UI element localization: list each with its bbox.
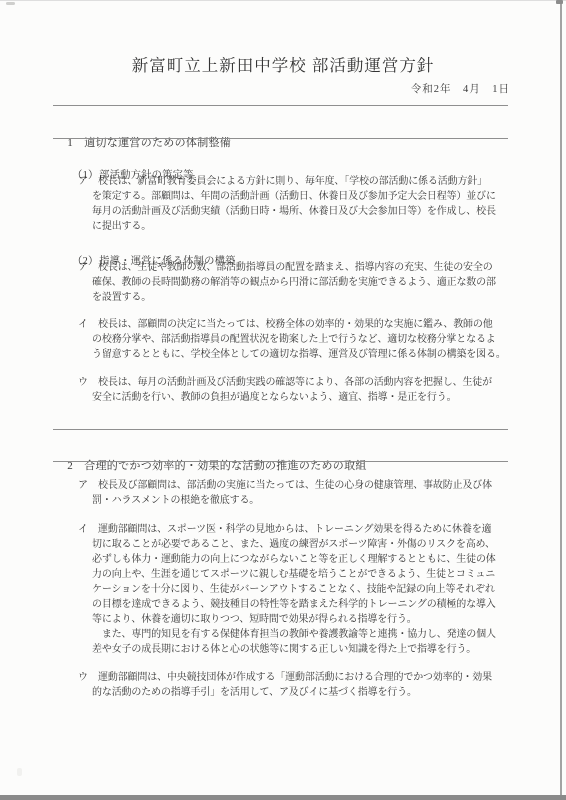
scan-edge-top: [0, 0, 566, 1]
paragraph-2-a-text: 校長及び部顧問は、部活動の実施に当たっては、生徒の心身の健康管理、事故防止及び体…: [92, 478, 492, 509]
paragraph-1-2-u-text: 校長は、毎月の活動計画及び活動実践の確認等により、各部の活動内容を把握し、生徒が…: [92, 375, 492, 405]
paragraph-2-a-marker: ア: [78, 478, 92, 493]
paragraph-2-i: イ 運動部顧問は、スポーツ医・科学の見地からは、トレーニング効果を得るために休養…: [78, 522, 496, 657]
section-2-underline: [53, 461, 508, 462]
document-date: 令和2年 4月 1日: [411, 81, 510, 96]
scan-speck-top-right: [556, 0, 563, 4]
divider-above-section-1: [53, 105, 508, 106]
paragraph-1-2-i: イ 校長は、部顧問の決定に当たっては、校務全体の効率的・効果的な実施に鑑み、教師…: [78, 317, 506, 362]
scan-edge-right: [560, 0, 562, 800]
scan-speck-bottom-left: [17, 768, 22, 776]
paragraph-1-2-u-marker: ウ: [78, 375, 92, 390]
section-1-underline: [53, 138, 508, 139]
paragraph-2-u-marker: ウ: [78, 670, 92, 685]
scanned-document-page: 新富町立上新田中学校 部活動運営方針 令和2年 4月 1日 1適切な運営のための…: [0, 0, 566, 800]
paragraph-1-1-a-marker: ア: [78, 174, 92, 189]
paragraph-2-i-marker: イ: [78, 522, 92, 537]
paragraph-2-a: ア 校長及び部顧問は、部活動の実施に当たっては、生徒の心身の健康管理、事故防止及…: [78, 478, 492, 509]
paragraph-1-2-a-text: 校長は、生徒や教師の数、部活動指導員の配置を踏まえ、指導内容の充実、生徒の安全の…: [92, 260, 496, 305]
paragraph-1-2-i-text: 校長は、部顧問の決定に当たっては、校務全体の効率的・効果的な実施に鑑み、教師の他…: [92, 317, 506, 362]
paragraph-1-1-a-text: 校長は、新富町教育委員会による方針に則り、毎年度、「学校の部活動に係る活動方針」…: [92, 174, 496, 234]
paragraph-1-2-a-marker: ア: [78, 260, 92, 275]
scan-speck-top-left: [6, 2, 15, 5]
paragraph-1-2-a: ア 校長は、生徒や教師の数、部活動指導員の配置を踏まえ、指導内容の充実、生徒の安…: [78, 260, 496, 305]
scan-edge-bottom: [0, 795, 566, 800]
paragraph-1-2-i-marker: イ: [78, 317, 92, 332]
paragraph-2-i-text: 運動部顧問は、スポーツ医・科学の見地からは、トレーニング効果を得るために休養を適…: [92, 522, 496, 657]
paragraph-2-u: ウ 運動部顧問は、中央競技団体が作成する「運動部活動における合理的でかつ効率的・…: [78, 670, 492, 701]
divider-above-section-2: [53, 429, 508, 430]
paragraph-1-1-a: ア 校長は、新富町教育委員会による方針に則り、毎年度、「学校の部活動に係る活動方…: [78, 174, 496, 234]
paragraph-2-u-text: 運動部顧問は、中央競技団体が作成する「運動部活動における合理的でかつ効率的・効果…: [92, 670, 492, 701]
paragraph-1-2-u: ウ 校長は、毎月の活動計画及び活動実践の確認等により、各部の活動内容を把握し、生…: [78, 375, 492, 405]
document-title: 新富町立上新田中学校 部活動運営方針: [0, 52, 566, 76]
